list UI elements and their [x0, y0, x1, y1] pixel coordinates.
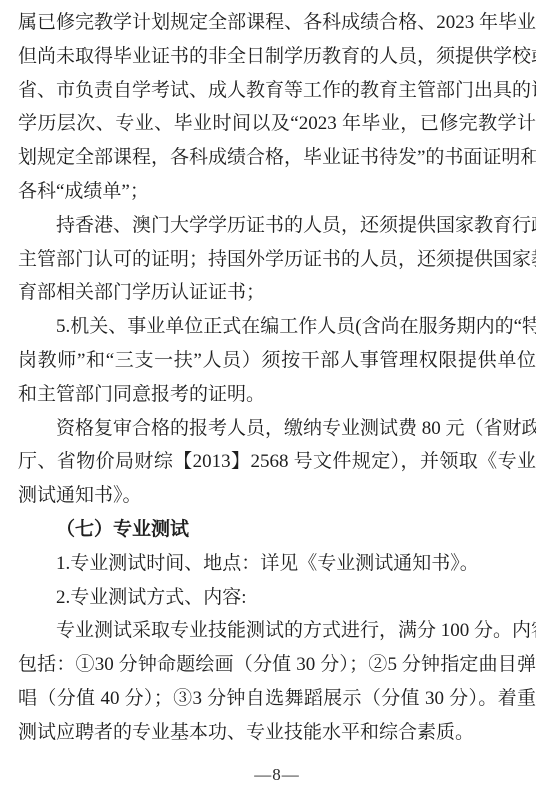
body-text: 属已修完教学计划规定全部课程、各科成绩合格、2023 年毕业 但尚未取得毕业证书… [18, 6, 536, 750]
text-line: 厅、省物价局财综【2013】2568 号文件规定），并领取《专业 [18, 445, 536, 479]
text-line: 专业测试采取专业技能测试的方式进行，满分 100 分。内容 [18, 614, 536, 648]
page-number: —8— [18, 762, 536, 788]
document-page: 属已修完教学计划规定全部课程、各科成绩合格、2023 年毕业 但尚未取得毕业证书… [0, 0, 554, 799]
text-line: 唱（分值 40 分）；③3 分钟自选舞蹈展示（分值 30 分）。着重 [18, 682, 536, 716]
text-line: 划规定全部课程，各科成绩合格，毕业证书待发”的书面证明和 [18, 141, 536, 175]
text-line: 1.专业测试时间、地点：详见《专业测试通知书》。 [18, 547, 536, 581]
text-line: 5.机关、事业单位正式在编工作人员(含尚在服务期内的“特 [18, 310, 536, 344]
text-line: 包括：①30 分钟命题绘画（分值 30 分）；②5 分钟指定曲目弹 [18, 648, 536, 682]
text-line: 各科“成绩单”； [18, 175, 536, 209]
text-line: 和主管部门同意报考的证明。 [18, 378, 536, 412]
text-line: 省、市负责自学考试、成人教育等工作的教育主管部门出具的该 [18, 74, 536, 108]
text-line: 育部相关部门学历认证证书； [18, 276, 536, 310]
text-line: 2.专业测试方式、内容: [18, 581, 536, 615]
text-line: 测试应聘者的专业基本功、专业技能水平和综合素质。 [18, 716, 536, 750]
text-line: 资格复审合格的报考人员，缴纳专业测试费 80 元（省财政 [18, 412, 536, 446]
text-line: 持香港、澳门大学学历证书的人员，还须提供国家教育行政 [18, 209, 536, 243]
text-line: 属已修完教学计划规定全部课程、各科成绩合格、2023 年毕业 [18, 6, 536, 40]
text-line: 测试通知书》。 [18, 479, 536, 513]
text-line: 主管部门认可的证明；持国外学历证书的人员，还须提供国家教 [18, 243, 536, 277]
text-line: 岗教师”和“三支一扶”人员）须按干部人事管理权限提供单位 [18, 344, 536, 378]
text-line: 学历层次、专业、毕业时间以及“2023 年毕业，已修完教学计 [18, 107, 536, 141]
text-line: 但尚未取得毕业证书的非全日制学历教育的人员，须提供学校或 [18, 40, 536, 74]
section-heading: （七）专业测试 [18, 513, 536, 547]
